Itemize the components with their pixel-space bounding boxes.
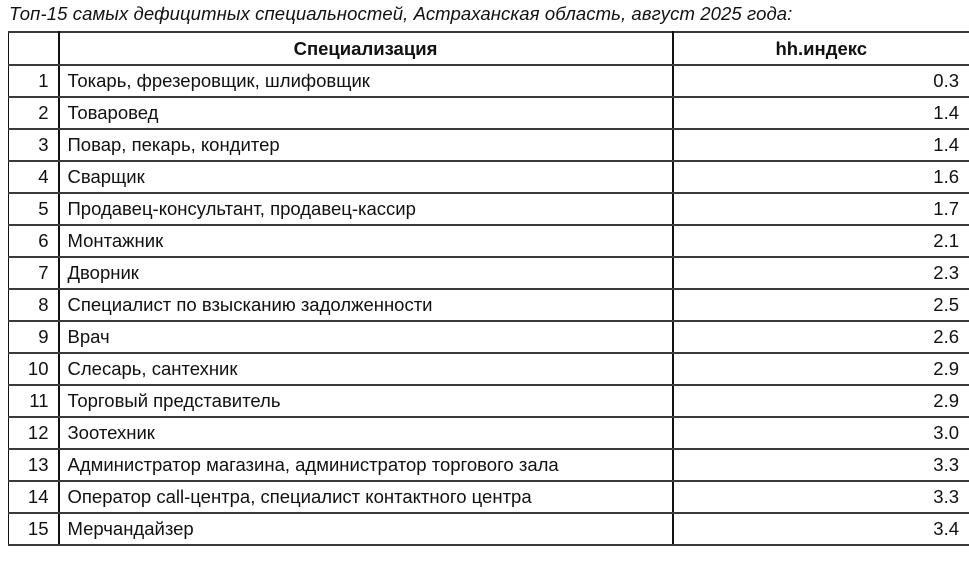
table-row: 3Повар, пекарь, кондитер1.4 <box>9 129 969 161</box>
specialization-cell: Зоотехник <box>59 417 673 449</box>
specialization-cell: Администратор магазина, администратор то… <box>59 449 673 481</box>
hh-index-cell: 1.4 <box>673 97 969 129</box>
rank-cell: 1 <box>9 65 59 97</box>
specialization-cell: Врач <box>59 321 673 353</box>
header-hh-index: hh.индекс <box>673 32 969 65</box>
specialization-cell: Торговый представитель <box>59 385 673 417</box>
hh-index-cell: 2.1 <box>673 225 969 257</box>
specialization-cell: Слесарь, сантехник <box>59 353 673 385</box>
rank-cell: 7 <box>9 257 59 289</box>
specialization-cell: Дворник <box>59 257 673 289</box>
table-row: 1Токарь, фрезеровщик, шлифовщик0.3 <box>9 65 969 97</box>
deficit-specialties-table: Специализация hh.индекс 1Токарь, фрезеро… <box>8 31 969 546</box>
hh-index-cell: 1.4 <box>673 129 969 161</box>
table-row: 9Врач2.6 <box>9 321 969 353</box>
specialization-cell: Повар, пекарь, кондитер <box>59 129 673 161</box>
rank-cell: 5 <box>9 193 59 225</box>
hh-index-cell: 3.0 <box>673 417 969 449</box>
hh-index-cell: 2.3 <box>673 257 969 289</box>
table-row: 11Торговый представитель2.9 <box>9 385 969 417</box>
rank-cell: 2 <box>9 97 59 129</box>
table-row: 4Сварщик1.6 <box>9 161 969 193</box>
hh-index-cell: 1.6 <box>673 161 969 193</box>
table-row: 6Монтажник2.1 <box>9 225 969 257</box>
hh-index-cell: 2.5 <box>673 289 969 321</box>
rank-cell: 15 <box>9 513 59 545</box>
table-row: 15Мерчандайзер3.4 <box>9 513 969 545</box>
hh-index-cell: 3.3 <box>673 449 969 481</box>
hh-index-cell: 0.3 <box>673 65 969 97</box>
table-row: 7Дворник2.3 <box>9 257 969 289</box>
hh-index-cell: 2.9 <box>673 353 969 385</box>
table-row: 10Слесарь, сантехник2.9 <box>9 353 969 385</box>
specialization-cell: Сварщик <box>59 161 673 193</box>
table-row: 2Товаровед1.4 <box>9 97 969 129</box>
table-row: 8Специалист по взысканию задолженности2.… <box>9 289 969 321</box>
specialization-cell: Мерчандайзер <box>59 513 673 545</box>
header-specialization: Специализация <box>59 32 673 65</box>
table-title: Топ-15 самых дефицитных специальностей, … <box>9 3 792 25</box>
table-header-row: Специализация hh.индекс <box>9 32 969 65</box>
rank-cell: 8 <box>9 289 59 321</box>
table-row: 14Оператор call-центра, специалист конта… <box>9 481 969 513</box>
hh-index-cell: 2.9 <box>673 385 969 417</box>
table-row: 12Зоотехник3.0 <box>9 417 969 449</box>
rank-cell: 14 <box>9 481 59 513</box>
specialization-cell: Оператор call-центра, специалист контакт… <box>59 481 673 513</box>
rank-cell: 10 <box>9 353 59 385</box>
rank-cell: 11 <box>9 385 59 417</box>
rank-cell: 4 <box>9 161 59 193</box>
hh-index-cell: 3.3 <box>673 481 969 513</box>
specialization-cell: Продавец-консультант, продавец-кассир <box>59 193 673 225</box>
specialization-cell: Монтажник <box>59 225 673 257</box>
table-row: 5Продавец-консультант, продавец-кассир1.… <box>9 193 969 225</box>
specialization-cell: Товаровед <box>59 97 673 129</box>
rank-cell: 12 <box>9 417 59 449</box>
rank-cell: 9 <box>9 321 59 353</box>
rank-cell: 3 <box>9 129 59 161</box>
table-row: 13Администратор магазина, администратор … <box>9 449 969 481</box>
rank-cell: 6 <box>9 225 59 257</box>
rank-cell: 13 <box>9 449 59 481</box>
specialization-cell: Токарь, фрезеровщик, шлифовщик <box>59 65 673 97</box>
hh-index-cell: 1.7 <box>673 193 969 225</box>
header-rank <box>9 32 59 65</box>
specialization-cell: Специалист по взысканию задолженности <box>59 289 673 321</box>
hh-index-cell: 3.4 <box>673 513 969 545</box>
hh-index-cell: 2.6 <box>673 321 969 353</box>
